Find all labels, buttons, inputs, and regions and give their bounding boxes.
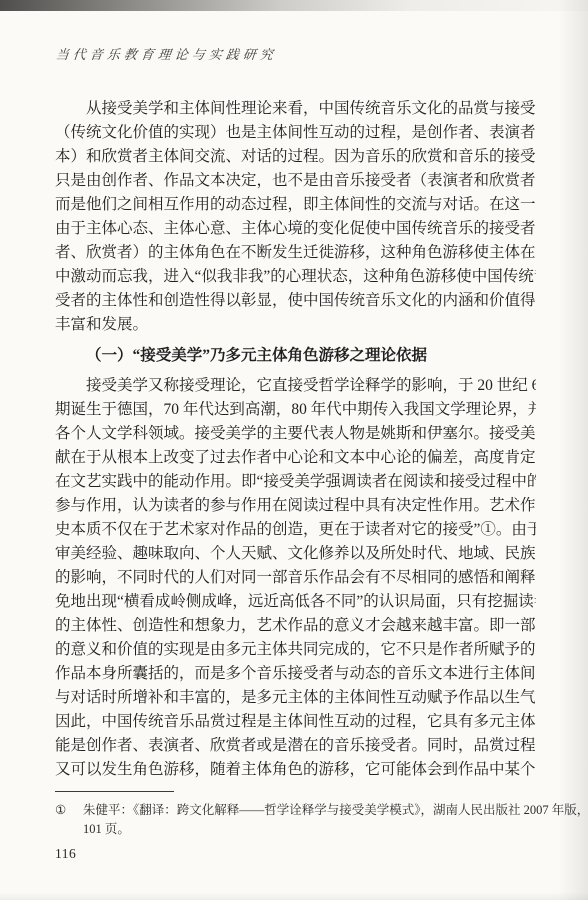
text-line: 者、欣赏者）的主体角色在不断发生迁徙游移，这种角色游移使主体在审美过程	[55, 241, 536, 265]
text-line: 丰富和发展。	[55, 313, 536, 337]
text-line: 中激动而忘我，进入“似我非我”的心理状态，这种角色游移使中国传统音乐接	[55, 265, 536, 289]
text-line: 审美经验、趣味取向、个人天赋、文化修养以及所处时代、地域、民族、阶层等因素	[55, 542, 536, 566]
scan-edge-right	[558, 0, 588, 900]
text-line: 参与作用，认为读者的参与作用在阅读过程中具有决定性作用。艺术作品的历	[55, 494, 536, 518]
text-line: 作品本身所囊括的，而是多个音乐接受者与动态的音乐文本进行主体间性交流	[55, 662, 536, 686]
text-line: 免地出现“横看成岭侧成峰，远近高低各不同”的认识局面，只有挖掘读者自身	[55, 590, 536, 614]
text-line: 101 页。	[83, 820, 588, 839]
paragraph-2: 接受美学又称接受理论，它直接受哲学诠释学的影响，于 20 世纪 60 年代后期诞…	[55, 374, 536, 782]
footnote-marker: ①	[55, 801, 83, 839]
text-line: 与对话时所增补和丰富的，是多元主体的主体间性互动赋予作品以生气和活力。	[55, 686, 536, 710]
text-line: 受者的主体性和创造性得以彰显，使中国传统音乐文化的内涵和价值得到不断	[55, 289, 536, 313]
scan-edge-bottom	[0, 892, 588, 900]
text-line: 期诞生于德国，70 年代达到高潮，80 年代中期传入我国文学理论界，并逐渐渗入	[55, 398, 536, 422]
text-line: 因此，中国传统音乐品赏过程是主体间性互动的过程，它具有多元主体，他们可	[55, 710, 536, 734]
text-line: 由于主体心态、主体心意、主体心境的变化促使中国传统音乐的接受者（表演	[55, 217, 536, 241]
text-line: 能是创作者、表演者、欣赏者或是潜在的音乐接受者。同时，品赏过程多元主体	[55, 734, 536, 758]
book-page: 当代音乐教育理论与实践研究 从接受美学和主体间性理论来看，中国传统音乐文化的品赏…	[0, 0, 588, 900]
text-line: 而是他们之间相互作用的动态过程，即主体间性的交流与对话。在这一过程中，	[55, 193, 536, 217]
running-head: 当代音乐教育理论与实践研究	[55, 44, 278, 63]
text-line: 本）和欣赏者主体间交流、对话的过程。因为音乐的欣赏和音乐的接受活动不	[55, 145, 536, 169]
text-line: 史本质不仅在于艺术家对作品的创造，更在于读者对它的接受”①。由于读者的	[55, 518, 536, 542]
text-line: 在文艺实践中的能动作用。即“接受美学强调读者在阅读和接受过程中的积极	[55, 470, 536, 494]
footnote: ① 朱健平：《翻译：跨文化解释——哲学诠释学与接受美学模式》，湖南人民出版社 2…	[55, 801, 536, 839]
text-line: 的主体性、创造性和想象力，艺术作品的意义才会越来越丰富。即一部音乐作品	[55, 614, 536, 638]
footnote-text: 朱健平：《翻译：跨文化解释——哲学诠释学与接受美学模式》，湖南人民出版社 200…	[83, 801, 588, 839]
footnote-divider	[55, 791, 174, 792]
text-line: （传统文化价值的实现）也是主体间性互动的过程，是创作者、表演者、作品（文	[55, 121, 536, 145]
paragraph-1: 从接受美学和主体间性理论来看，中国传统音乐文化的品赏与接受过程（传统文化价值的实…	[55, 97, 536, 337]
text-line: 接受美学又称接受理论，它直接受哲学诠释学的影响，于 20 世纪 60 年代后	[55, 374, 536, 398]
section-heading: （一）“接受美学”乃多元主体角色游移之理论依据	[55, 344, 536, 368]
scan-edge-top	[0, 0, 588, 11]
text-line: 从接受美学和主体间性理论来看，中国传统音乐文化的品赏与接受过程	[55, 97, 536, 121]
text-line: 朱健平：《翻译：跨文化解释——哲学诠释学与接受美学模式》，湖南人民出版社 200…	[83, 801, 588, 820]
text-line: 献在于从根本上改变了过去作者中心论和文本中心论的偏差，高度肯定了读者	[55, 446, 536, 470]
text-line: 的意义和价值的实现是由多元主体共同完成的，它不只是作者所赋予的，也不是	[55, 638, 536, 662]
page-number: 116	[55, 846, 76, 862]
text-line: 又可以发生角色游移，随着主体角色的游移，它可能体会到作品中某个音乐形	[55, 758, 536, 782]
text-line: 各个人文学科领域。接受美学的主要代表人物是姚斯和伊塞尔。接受美学的贡	[55, 422, 536, 446]
page-body: 从接受美学和主体间性理论来看，中国传统音乐文化的品赏与接受过程（传统文化价值的实…	[55, 97, 536, 839]
text-line: 的影响，不同时代的人们对同一部音乐作品会有不尽相同的感悟和阐释，不可避	[55, 566, 536, 590]
text-line: 只是由创作者、作品文本决定，也不是由音乐接受者（表演者和欣赏者）决定的，	[55, 169, 536, 193]
